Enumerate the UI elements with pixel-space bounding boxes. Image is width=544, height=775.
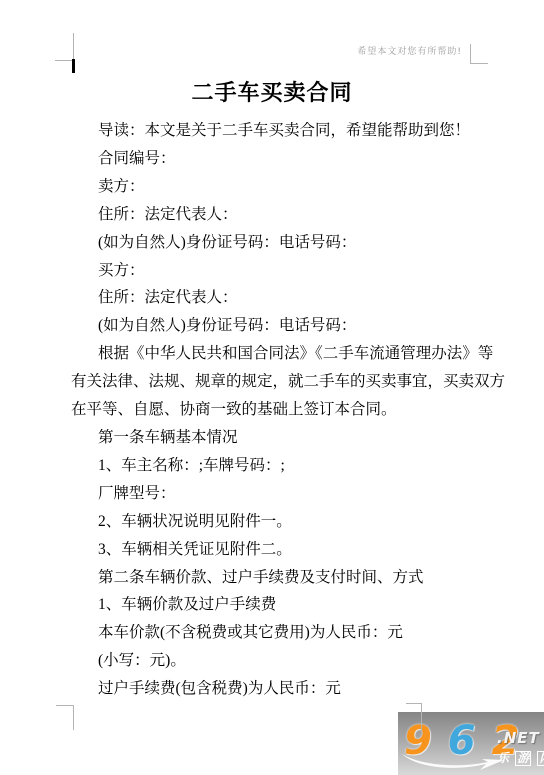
body-line: 本车价款(不含税费或其它费用)为人民币：元 — [71, 619, 481, 647]
body-line: 住所：法定代表人： — [71, 284, 481, 312]
document-body[interactable]: 导读：本文是关于二手车买卖合同，希望能帮助到您！合同编号：卖方：住所：法定代表人… — [71, 117, 481, 703]
site-watermark-logo: 9 6 2 .NET 乐 游 网 — [398, 712, 544, 775]
body-line: 过户手续费(包含税费)为人民币：元 — [71, 675, 481, 703]
body-line: 合同编号： — [71, 145, 481, 173]
body-line: 卖方： — [71, 173, 481, 201]
body-line: 根据《中华人民共和国合同法》《二手车流通管理办法》等 — [71, 340, 481, 368]
body-line: 住所：法定代表人： — [71, 201, 481, 229]
text-cursor — [72, 59, 75, 73]
body-line: (如为自然人)身份证号码：电话号码： — [71, 229, 481, 257]
crop-mark-bottom-right-vertical — [421, 703, 422, 732]
crop-mark-top-right-vertical — [470, 44, 471, 63]
header-note: 希望本文对您有所帮助! — [0, 44, 462, 57]
body-line: 3、车辆相关凭证见附件二。 — [71, 536, 481, 564]
body-line: 在平等、自愿、协商一致的基础上签订本合同。 — [71, 396, 481, 424]
body-line: 厂牌型号： — [71, 480, 481, 508]
body-line: 1、车主名称：;车牌号码：; — [71, 452, 481, 480]
logo-digit-6: 6 — [448, 718, 477, 764]
logo-tld: .NET — [497, 729, 540, 747]
logo-digit-9: 9 — [404, 718, 433, 764]
body-line: 导读：本文是关于二手车买卖合同，希望能帮助到您！ — [71, 117, 481, 145]
body-line: 2、车辆状况说明见附件一。 — [71, 508, 481, 536]
body-line: 有关法律、法规、规章的规定，就二手车的买卖事宜，买卖双方 — [71, 368, 481, 396]
body-line: 1、车辆价款及过户手续费 — [71, 591, 481, 619]
body-line: (如为自然人)身份证号码：电话号码： — [71, 312, 481, 340]
crop-mark-bottom-left-vertical — [73, 705, 74, 730]
document-screenshot: { "page": { "header_note": "希望本文对您有所帮助!"… — [0, 0, 544, 775]
body-line: 第二条车辆价款、过户手续费及支付时间、方式 — [71, 564, 481, 592]
body-line: (小写：元)。 — [71, 647, 481, 675]
body-line: 第一条车辆基本情况 — [71, 424, 481, 452]
logo-char-you: 游 — [515, 751, 531, 766]
crop-mark-bottom-left-horizontal — [56, 705, 74, 706]
crop-mark-bottom-right-horizontal — [406, 703, 422, 704]
logo-char-wang: 网 — [537, 751, 544, 766]
logo-char-le: 乐 — [497, 751, 509, 765]
logo-site-name: 乐 游 网 — [497, 749, 544, 766]
page-title: 二手车买卖合同 — [0, 76, 544, 107]
crop-mark-top-right-horizontal — [470, 63, 488, 64]
body-line: 买方： — [71, 257, 481, 285]
